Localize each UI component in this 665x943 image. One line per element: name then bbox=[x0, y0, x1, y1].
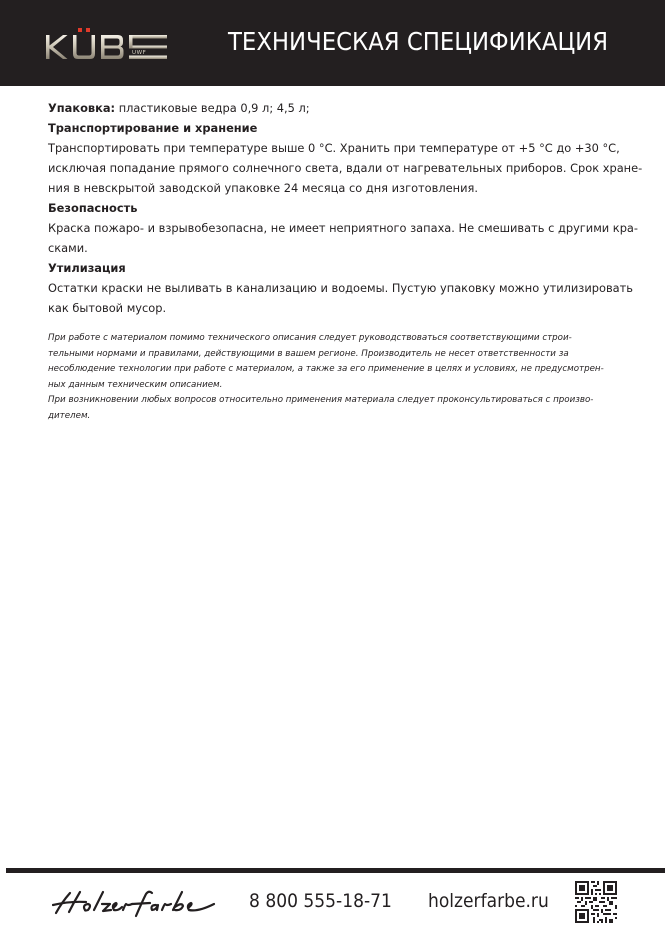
note-line: несоблюдение технологии при работе с мат… bbox=[48, 362, 623, 378]
footer-phone[interactable]: 8 800 555-18-71 bbox=[249, 890, 392, 912]
packaging-text: пластиковые ведра 0,9 л; 4,5 л; bbox=[115, 101, 310, 115]
footer-divider bbox=[6, 868, 665, 873]
packaging-label: Упаковка: bbox=[48, 101, 115, 115]
svg-text:UWF: UWF bbox=[132, 50, 146, 56]
page-title: ТЕХНИЧЕСКАЯ СПЕЦИФИКАЦИЯ bbox=[228, 27, 608, 56]
qr-code-icon[interactable] bbox=[575, 881, 617, 923]
section-heading-disposal: Утилизация bbox=[48, 258, 623, 278]
section-text-line: сками. bbox=[48, 238, 623, 258]
note-line: дителем. bbox=[48, 409, 623, 425]
section-heading-safety: Безопасность bbox=[48, 198, 623, 218]
section-text-line: как бытовой мусор. bbox=[48, 298, 623, 318]
note-line: ных данным техническим описанием. bbox=[48, 378, 623, 394]
section-text-line: Краска пожаро- и взрывобезопасна, не име… bbox=[48, 218, 623, 238]
section-text-line: Остатки краски не выливать в канализацию… bbox=[48, 278, 623, 298]
section-text-line: ния в невскрытой заводской упаковке 24 м… bbox=[48, 178, 623, 198]
spec-content: Упаковка: пластиковые ведра 0,9 л; 4,5 л… bbox=[48, 98, 623, 318]
section-text-line: исключая попадание прямого солнечного св… bbox=[48, 158, 623, 178]
kube-logo: UWF bbox=[46, 26, 168, 60]
footer-website-link[interactable]: holzerfarbe.ru bbox=[428, 890, 549, 912]
packaging-line: Упаковка: пластиковые ведра 0,9 л; 4,5 л… bbox=[48, 98, 623, 118]
section-heading-transport: Транспортирование и хранение bbox=[48, 118, 623, 138]
disclaimer-note: При работе с материалом помимо техническ… bbox=[48, 331, 623, 425]
note-line: При работе с материалом помимо техническ… bbox=[48, 331, 623, 347]
note-line: тельными нормами и правилами, действующи… bbox=[48, 347, 623, 363]
section-text-line: Транспортировать при температуре выше 0 … bbox=[48, 138, 623, 158]
holzerfarbe-logo bbox=[52, 888, 217, 918]
note-line: При возникновении любых вопросов относит… bbox=[48, 393, 623, 409]
page-header: UWF ТЕХНИЧЕСКАЯ СПЕЦИФИКАЦИЯ bbox=[0, 0, 665, 86]
